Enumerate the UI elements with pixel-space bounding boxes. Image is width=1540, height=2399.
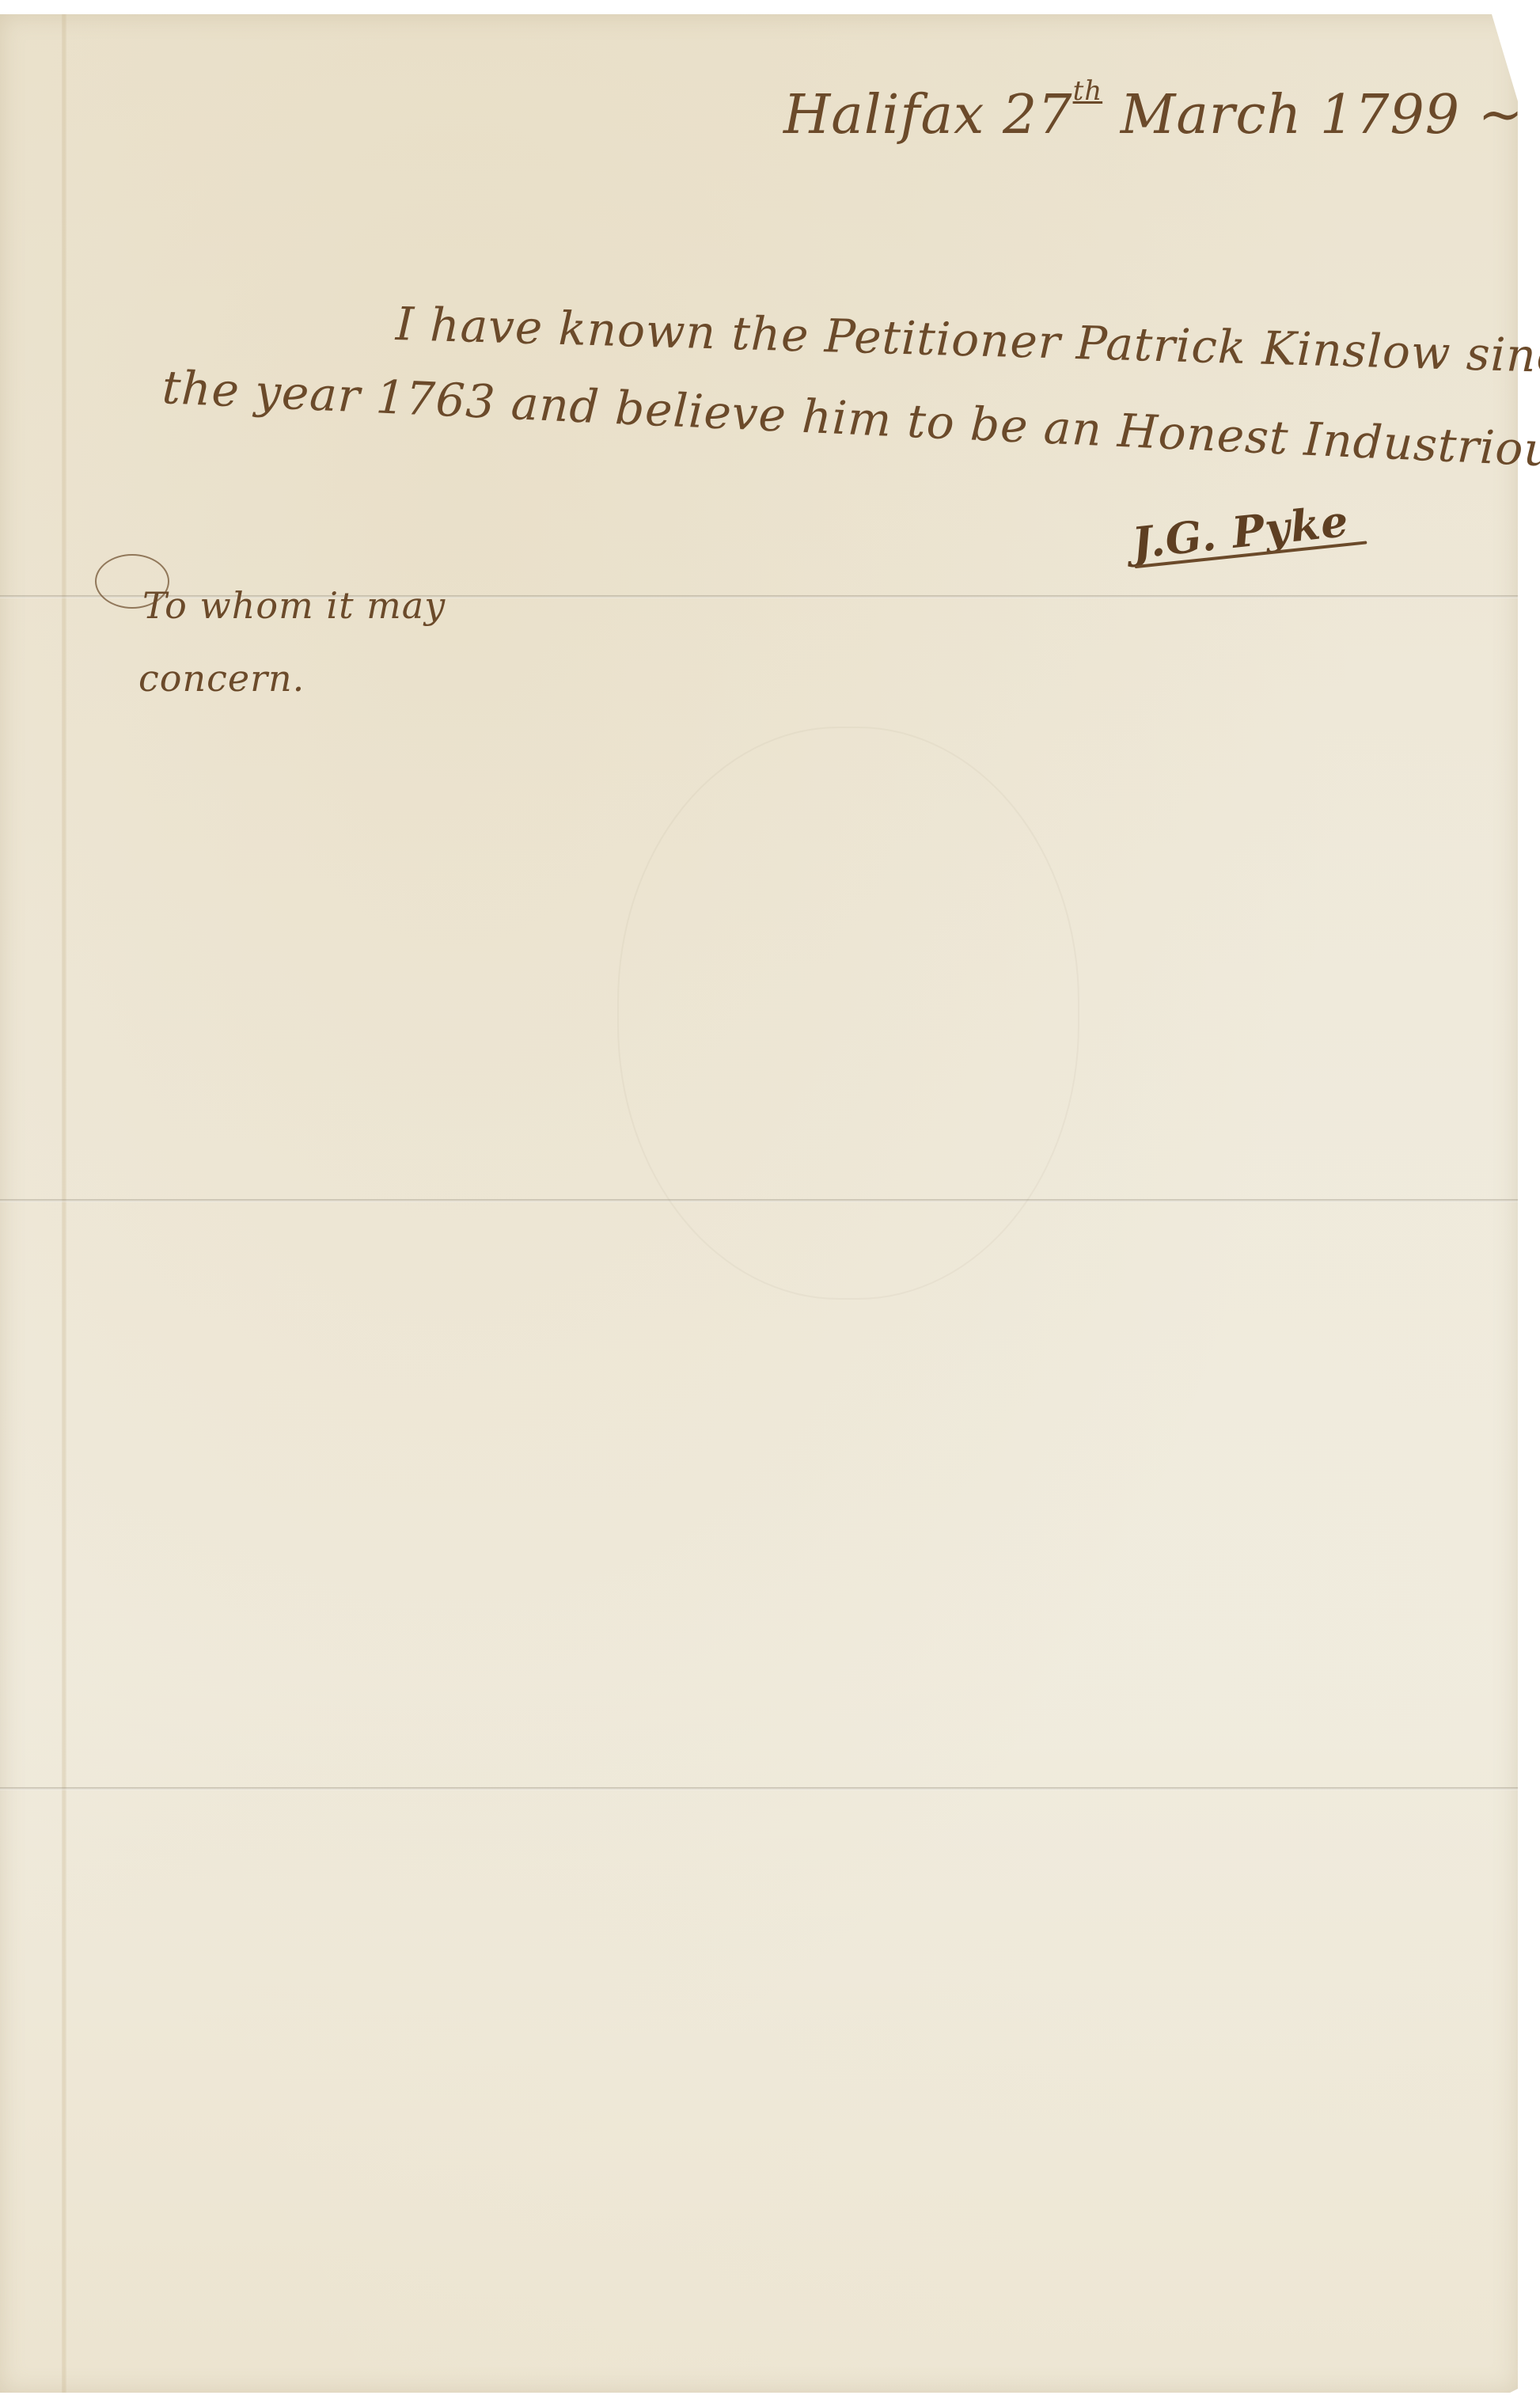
dateline: Halifax 27th March 1799 ~ bbox=[783, 75, 1524, 146]
dateline-flourish: ~ bbox=[1478, 84, 1524, 146]
dateline-day: 27 bbox=[1003, 84, 1073, 146]
addressee-line-2: concern. bbox=[138, 657, 305, 700]
dateline-place: Halifax bbox=[783, 84, 984, 146]
dateline-day-suffix: th bbox=[1073, 75, 1103, 107]
vertical-fold-line bbox=[62, 14, 66, 2393]
horizontal-fold-line-3 bbox=[0, 1787, 1518, 1790]
dateline-month-year: March 1799 bbox=[1121, 84, 1460, 146]
addressee-line-1: To whom it may bbox=[142, 584, 446, 627]
paper-watermark bbox=[617, 727, 1079, 1300]
